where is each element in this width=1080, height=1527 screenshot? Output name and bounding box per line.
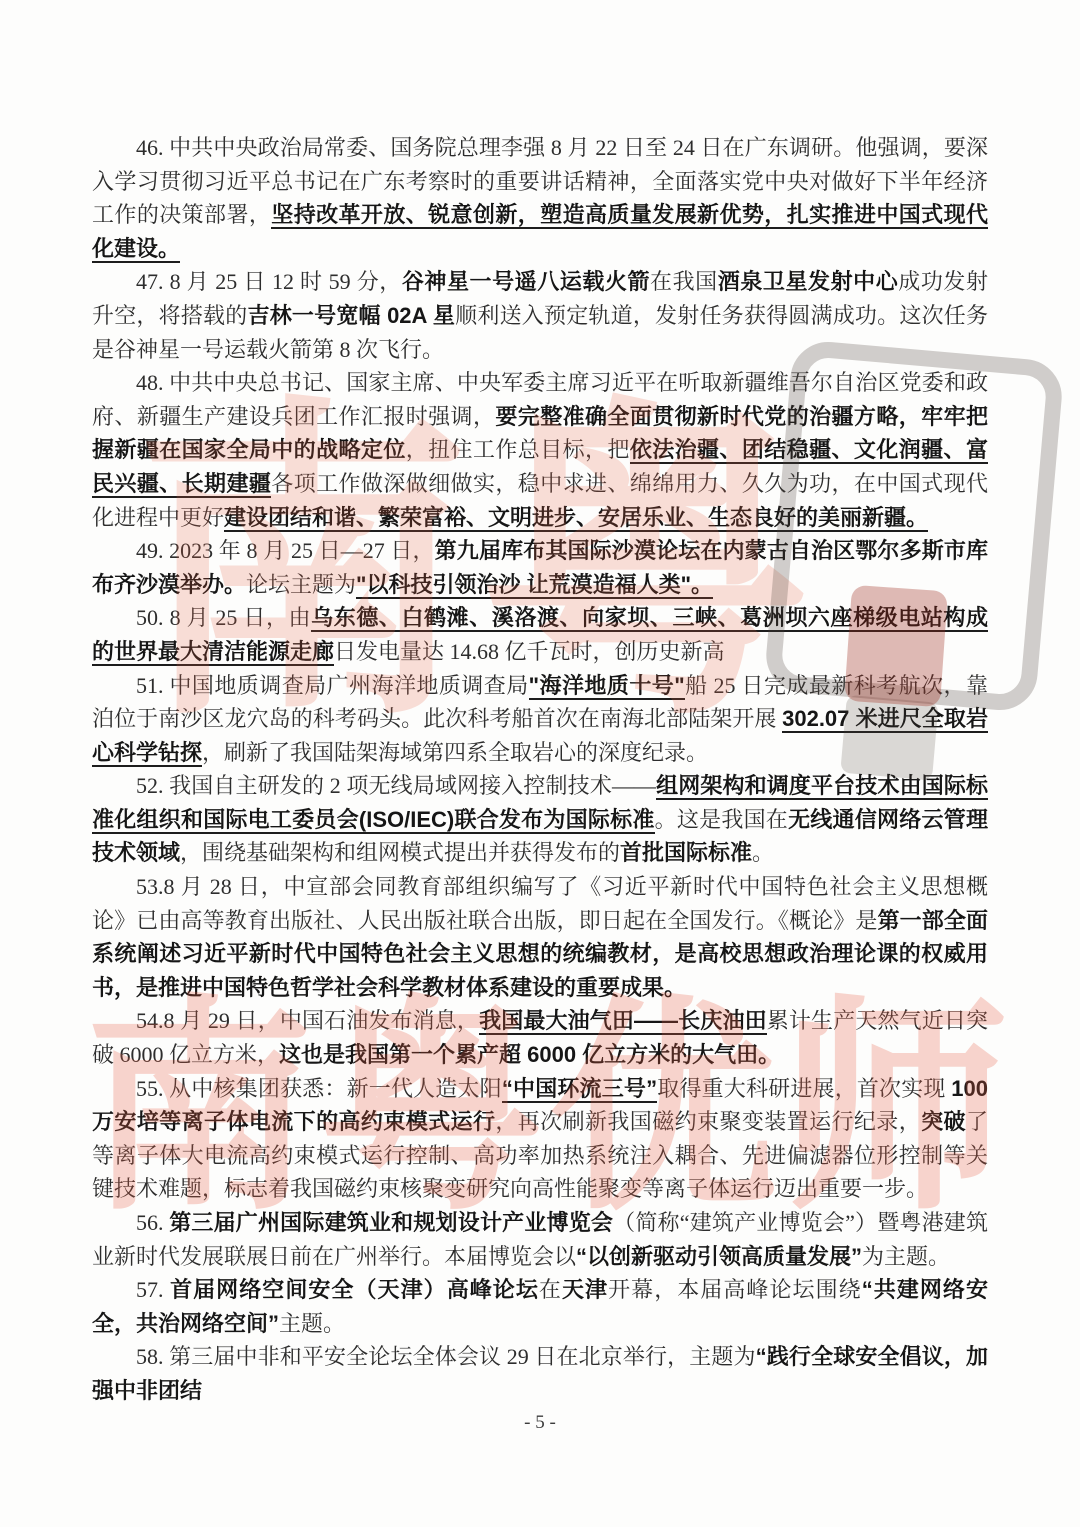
text-run: 首届网络空间安全（天津）高峰论坛 (170, 1277, 539, 1302)
news-item: 55. 从中核集团获悉：新一代人造太阳“中国环流三号”取得重大科研进展，首次实现… (92, 1072, 988, 1206)
news-item: 47. 8 月 25 日 12 时 59 分，谷神星一号遥八运载火箭在我国酒泉卫… (92, 265, 988, 366)
text-run: 53.8 月 28 日，中宣部会同教育部组织编写了《习近平新时代中国特色社会主义… (92, 874, 988, 933)
text-run: 天津 (562, 1277, 608, 1302)
text-run: 52. 我国自主研发的 2 项无线局域网接入控制技术—— (136, 773, 656, 798)
text-run: 开幕，本届高峰论坛围绕 (608, 1277, 862, 1302)
text-run: 建设团结和谐、繁荣富裕、文明进步、安居乐业、生态良好的美丽新疆。 (224, 505, 928, 532)
text-run: 酒泉卫星发射中心 (718, 269, 899, 294)
text-run: 58. 第三届中非和平安全论坛全体会议 29 日在北京举行，主题为 (136, 1344, 756, 1369)
text-run: 。 (752, 840, 774, 865)
news-item: 48. 中共中央总书记、国家主席、中央军委主席习近平在听取新疆维吾尔自治区党委和… (92, 366, 988, 534)
text-run: “中国环流三号” (502, 1076, 657, 1103)
text-run: 这也是我国第一个累产超 6000 亿立方米的大气田。 (279, 1042, 780, 1067)
news-item: 54.8 月 29 日，中国石油发布消息，我国最大油气田——长庆油田累计生产天然… (92, 1004, 988, 1071)
text-run: 突破 (921, 1109, 966, 1134)
news-item: 58. 第三届中非和平安全论坛全体会议 29 日在北京举行，主题为“践行全球安全… (92, 1340, 988, 1407)
document-page: 南粤 南粤优师 46. 中共中央政治局常委、国务院总理李强 8 月 22 日至 … (0, 0, 1080, 1527)
text-run: 我国最大油气田——长庆油田 (479, 1008, 767, 1035)
news-item: 52. 我国自主研发的 2 项无线局域网接入控制技术——组网架构和调度平台技术由… (92, 769, 988, 870)
text-run: "海洋地质十号" (529, 673, 685, 700)
text-run: 在 (539, 1277, 562, 1302)
page-number: - 5 - (0, 1412, 1080, 1434)
text-run: 为主题。 (862, 1244, 950, 1269)
text-run: “以创新驱动引领高质量发展” (576, 1244, 862, 1269)
text-run: 第三届广州国际建筑业和规划设计产业博览会 (169, 1210, 613, 1235)
text-run: 49. 2023 年 8 月 25 日—27 日， (136, 538, 435, 563)
news-item: 50. 8 月 25 日，由乌东德、白鹤滩、溪洛渡、向家坝、三峡、葛洲坝六座梯级… (92, 601, 988, 668)
text-run: 首批国际标准 (620, 840, 752, 865)
news-item: 56. 第三届广州国际建筑业和规划设计产业博览会（简称“建筑产业博览会”）暨粤港… (92, 1206, 988, 1273)
text-run: 56. (136, 1210, 169, 1235)
text-run: ，刷新了我国陆架海域第四系全取岩心的深度纪录。 (202, 740, 708, 765)
news-item: 46. 中共中央政治局常委、国务院总理李强 8 月 22 日至 24 日在广东调… (92, 131, 988, 265)
text-run: 47. 8 月 25 日 12 时 59 分， (136, 269, 402, 294)
text-run: ，再次刷新我国磁约束聚变装置运行纪录， (495, 1109, 921, 1134)
text-run: ，围绕基础架构和组网模式提出并获得发布的 (180, 840, 620, 865)
text-run: 论坛主题为 (246, 572, 356, 597)
text-run: 吉林一号宽幅 02A 星 (247, 303, 455, 328)
news-item: 51. 中国地质调查局广州海洋地质调查局"海洋地质十号"船 25 日完成最新科考… (92, 669, 988, 770)
text-run: 谷神星一号遥八运载火箭 (402, 269, 650, 294)
text-run: 50. 8 月 25 日，由 (136, 605, 311, 630)
text-run: 51. 中国地质调查局广州海洋地质调查局 (136, 673, 529, 698)
text-run: 57. (136, 1277, 170, 1302)
text-run: "以科技引领治沙 让荒漠造福人类"。 (356, 572, 713, 599)
text-run: 主题。 (279, 1311, 345, 1336)
news-item: 57. 首届网络空间安全（天津）高峰论坛在天津开幕，本届高峰论坛围绕“共建网络安… (92, 1273, 988, 1340)
document-body: 46. 中共中央政治局常委、国务院总理李强 8 月 22 日至 24 日在广东调… (92, 131, 988, 1408)
text-run: 日发电量达 14.68 亿千瓦时，创历史新高 (334, 639, 725, 664)
text-run: ，扭住工作总目标，把 (406, 437, 630, 462)
news-item: 53.8 月 28 日，中宣部会同教育部组织编写了《习近平新时代中国特色社会主义… (92, 870, 988, 1004)
text-run: 取得重大科研进展，首次实现 (657, 1076, 951, 1101)
news-item: 49. 2023 年 8 月 25 日—27 日，第九届库布其国际沙漠论坛在内蒙… (92, 534, 988, 601)
text-run: 。这是我国在 (655, 807, 788, 832)
text-run: 54.8 月 29 日，中国石油发布消息， (136, 1008, 479, 1033)
text-run: 在我国 (650, 269, 718, 294)
text-run: 55. 从中核集团获悉：新一代人造太阳 (136, 1076, 502, 1101)
